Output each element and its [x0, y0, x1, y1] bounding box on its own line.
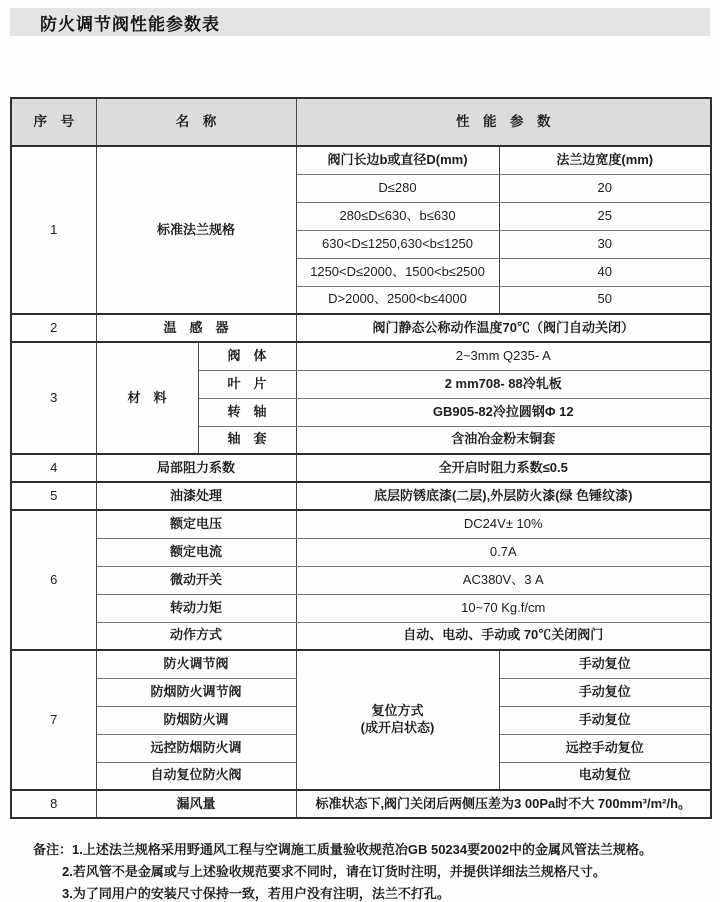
note-line: 2.若风管不是金属或与上述验收规范要求不同时，请在订货时注明，并提供详细法兰规格…: [33, 861, 703, 883]
value-cell: 底层防锈底漆(二层),外层防火漆(绿 色锤纹漆): [296, 482, 711, 510]
value-cell: 手动复位: [499, 650, 711, 678]
table-row: 额定电流0.7A: [11, 538, 711, 566]
table-row: 3材 料阀 体2~3mm Q235- A: [11, 342, 711, 370]
value-cell: 阀门静态公称动作温度70℃（阀门自动关闭）: [296, 314, 711, 342]
column-header-no: 序 号: [11, 98, 96, 146]
value-cell: 30: [499, 230, 711, 258]
note-text: 1.上述法兰规格采用野通风工程与空调施工质量验收规范冶GB 50234要2002…: [72, 842, 652, 857]
row-number-cell: 1: [11, 146, 96, 314]
value-cell: 0.7A: [296, 538, 711, 566]
value-cell: 2 mm708- 88冷轧板: [296, 370, 711, 398]
value-cell: 标准状态下,阀门关闭后两侧压差为3 00Pa时不大 700mm³/m²/h。: [296, 790, 711, 818]
name-cell: 额定电流: [96, 538, 296, 566]
name-cell: 微动开关: [96, 566, 296, 594]
value-cell: 280≤D≤630、b≤630: [296, 202, 499, 230]
value-cell: 50: [499, 286, 711, 314]
row-number-cell: 8: [11, 790, 96, 818]
notes: 备注：1.上述法兰规格采用野通风工程与空调施工质量验收规范冶GB 50234要2…: [33, 839, 703, 902]
value-cell: 复位方式 (成开启状态): [296, 650, 499, 790]
table-row: 4局部阻力系数全开启时阻力系数≤0.5: [11, 454, 711, 482]
value-cell: 40: [499, 258, 711, 286]
value-cell: 全开启时阻力系数≤0.5: [296, 454, 711, 482]
title-bar: 防火调节阀性能参数表: [10, 8, 710, 36]
sub-label-cell: 叶 片: [198, 370, 296, 398]
value-cell: 25: [499, 202, 711, 230]
table-header-row: 序 号 名 称 性 能 参 数: [11, 98, 711, 146]
name-cell: 标准法兰规格: [96, 146, 296, 314]
value-cell: 20: [499, 174, 711, 202]
name-cell: 防烟防火调节阀: [96, 678, 296, 706]
name-cell: 额定电压: [96, 510, 296, 538]
sub-label-cell: 轴 套: [198, 426, 296, 454]
name-cell: 局部阻力系数: [96, 454, 296, 482]
name-cell: 材 料: [96, 342, 198, 454]
name-cell: 远控防烟防火调: [96, 734, 296, 762]
value-cell: 自动、电动、手动或 70℃关闭阀门: [296, 622, 711, 650]
value-cell: D>2000、2500<b≤4000: [296, 286, 499, 314]
notes-label: 备注：: [33, 842, 72, 857]
row-number-cell: 4: [11, 454, 96, 482]
value-cell: 远控手动复位: [499, 734, 711, 762]
value-cell: DC24V± 10%: [296, 510, 711, 538]
name-cell: 防火调节阀: [96, 650, 296, 678]
value-cell: AC380V、3 A: [296, 566, 711, 594]
table-row: 微动开关AC380V、3 A: [11, 566, 711, 594]
value-cell: 阀门长边b或直径D(mm): [296, 146, 499, 174]
name-cell: 防烟防火调: [96, 706, 296, 734]
table-row: 2温 感 器阀门静态公称动作温度70℃（阀门自动关闭）: [11, 314, 711, 342]
value-cell: 手动复位: [499, 678, 711, 706]
sub-label-cell: 转 轴: [198, 398, 296, 426]
row-number-cell: 6: [11, 510, 96, 650]
name-cell: 油漆处理: [96, 482, 296, 510]
value-cell: 手动复位: [499, 706, 711, 734]
row-number-cell: 3: [11, 342, 96, 454]
value-cell: 630<D≤1250,630<b≤1250: [296, 230, 499, 258]
value-cell: 法兰边宽度(mm): [499, 146, 711, 174]
column-header-name: 名 称: [96, 98, 296, 146]
note-line: 3.为了同用户的安装尺寸保持一致，若用户没有注明，法兰不打孔。: [33, 883, 703, 902]
params-table: 序 号 名 称 性 能 参 数 1标准法兰规格阀门长边b或直径D(mm)法兰边宽…: [10, 97, 712, 819]
value-cell: 含油冶金粉末铜套: [296, 426, 711, 454]
sub-label-cell: 阀 体: [198, 342, 296, 370]
table-row: 5油漆处理底层防锈底漆(二层),外层防火漆(绿 色锤纹漆): [11, 482, 711, 510]
name-cell: 自动复位防火阀: [96, 762, 296, 790]
name-cell: 转动力矩: [96, 594, 296, 622]
row-number-cell: 5: [11, 482, 96, 510]
name-cell: 动作方式: [96, 622, 296, 650]
page: 防火调节阀性能参数表 序 号 名 称 性 能 参 数 1标准法兰规格阀门长边b或…: [0, 0, 720, 902]
note-text: 2.若风管不是金属或与上述验收规范要求不同时，请在订货时注明，并提供详细法兰规格…: [62, 864, 606, 879]
column-header-params: 性 能 参 数: [296, 98, 711, 146]
value-cell: 1250<D≤2000、1500<b≤2500: [296, 258, 499, 286]
value-cell: 电动复位: [499, 762, 711, 790]
table-row: 1标准法兰规格阀门长边b或直径D(mm)法兰边宽度(mm): [11, 146, 711, 174]
table-row: 6额定电压DC24V± 10%: [11, 510, 711, 538]
table-body: 1标准法兰规格阀门长边b或直径D(mm)法兰边宽度(mm)D≤28020280≤…: [11, 146, 711, 818]
name-cell: 温 感 器: [96, 314, 296, 342]
note-line: 备注：1.上述法兰规格采用野通风工程与空调施工质量验收规范冶GB 50234要2…: [33, 839, 703, 861]
value-cell: GB905-82冷拉圆钢Φ 12: [296, 398, 711, 426]
table-row: 8漏风量标准状态下,阀门关闭后两侧压差为3 00Pa时不大 700mm³/m²/…: [11, 790, 711, 818]
table-row: 转动力矩10~70 Kg.f/cm: [11, 594, 711, 622]
note-text: 3.为了同用户的安装尺寸保持一致，若用户没有注明，法兰不打孔。: [62, 886, 450, 901]
table-row: 7防火调节阀复位方式 (成开启状态)手动复位: [11, 650, 711, 678]
table-row: 动作方式自动、电动、手动或 70℃关闭阀门: [11, 622, 711, 650]
row-number-cell: 7: [11, 650, 96, 790]
value-cell: D≤280: [296, 174, 499, 202]
value-cell: 10~70 Kg.f/cm: [296, 594, 711, 622]
row-number-cell: 2: [11, 314, 96, 342]
value-cell: 2~3mm Q235- A: [296, 342, 711, 370]
name-cell: 漏风量: [96, 790, 296, 818]
page-title: 防火调节阀性能参数表: [40, 10, 220, 35]
